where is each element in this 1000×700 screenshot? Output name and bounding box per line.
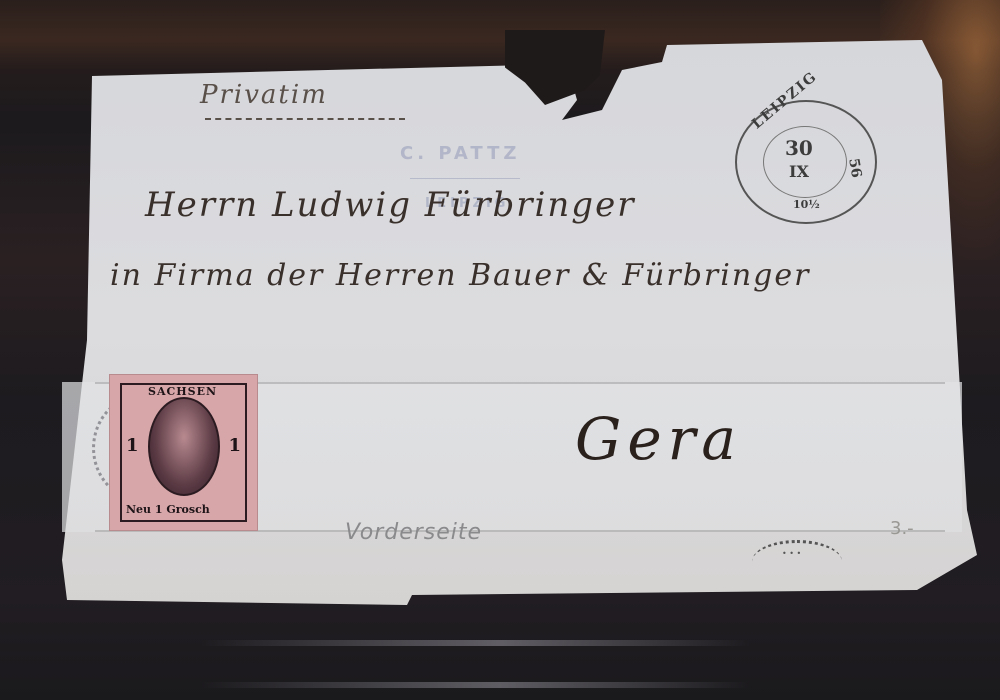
destination-city: Gera: [575, 405, 742, 473]
stamp-country: SACHSEN: [148, 385, 217, 398]
postmark-month: IX: [789, 162, 809, 181]
address-line-1: Herrn Ludwig Fürbringer: [145, 185, 635, 225]
stamp-denomination: Neu 1 Grosch: [126, 503, 210, 516]
fold-line: [95, 530, 945, 532]
arc-stamp-text: • • •: [782, 549, 801, 558]
postage-stamp: SACHSEN 1 1 Neu 1 Grosch: [110, 375, 257, 530]
stamp-portrait: [148, 397, 220, 496]
stamp-value-left: 1: [126, 435, 139, 456]
sender-stamp-divider: [410, 178, 520, 179]
pencil-price: 3.-: [890, 518, 914, 539]
address-line-2: in Firma der Herren Bauer & Fürbringer: [110, 258, 810, 293]
postmark-year: 56: [845, 157, 864, 179]
surface-highlight: [0, 640, 1000, 646]
stamp-value-right: 1: [228, 435, 241, 456]
postmark: LEIPZIG 30 IX 56 10½: [735, 100, 877, 224]
postmark-day: 30: [785, 136, 813, 160]
sender-stamp-name: C. PATTZ: [400, 143, 520, 164]
pencil-label: Vorderseite: [345, 520, 482, 545]
header-underline: [205, 118, 405, 120]
surface-highlight: [0, 682, 1000, 688]
postmark-time: 10½: [793, 198, 820, 211]
arc-stamp-mark: • • •: [752, 540, 842, 583]
header-note: Privatim: [200, 80, 328, 110]
